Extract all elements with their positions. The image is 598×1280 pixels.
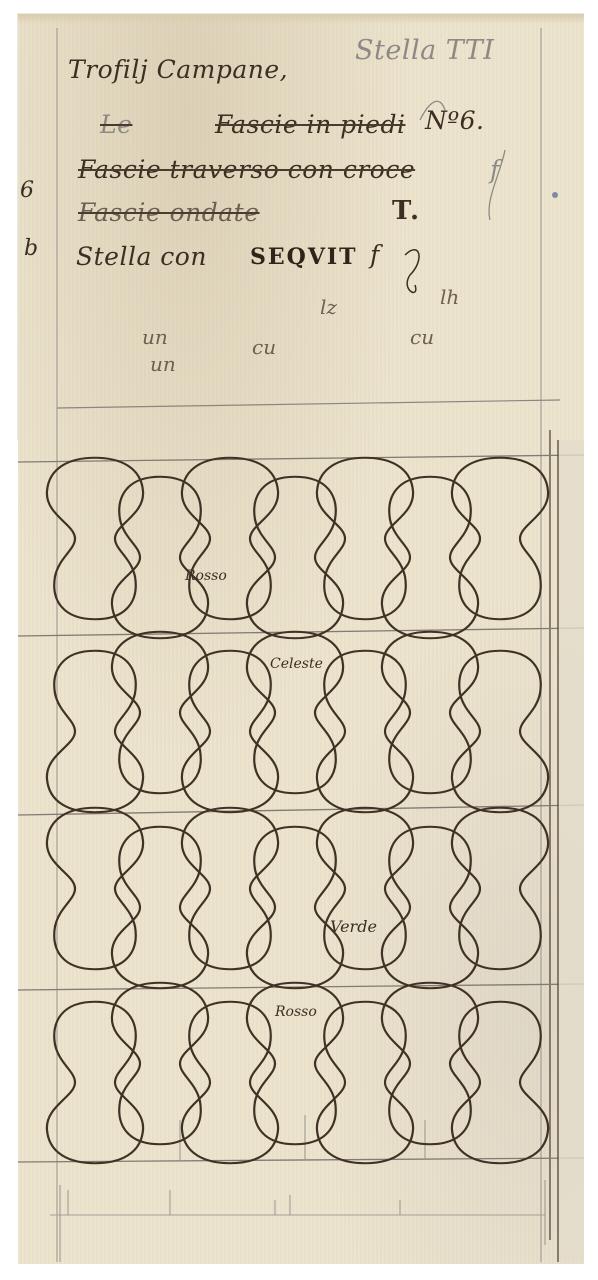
header-line-4: Fascie ondate xyxy=(78,198,260,227)
color-label-row-1: Rosso xyxy=(185,568,227,584)
header-line-3-mark: f xyxy=(490,155,500,184)
color-label-row-3: Verde xyxy=(330,917,377,936)
header-line-1: Trofilj Campane, xyxy=(68,55,288,84)
scribble-6: un xyxy=(150,352,176,376)
header-line-5-mark: f xyxy=(370,240,380,269)
header-line-4-mark: T. xyxy=(392,196,421,226)
header-line-2-suffix: Nº6. xyxy=(425,106,484,135)
catalog-mark: Stella TTI xyxy=(355,35,494,66)
header-line-5-caps: SEQVIT xyxy=(250,244,358,270)
color-label-row-4: Rosso xyxy=(275,1004,317,1020)
pattern-row-1 xyxy=(47,458,548,639)
header-line-5-prefix: Stella con xyxy=(76,242,207,271)
header-line-2-prefix: Le xyxy=(100,110,132,139)
header-line-2: Fascie in piedi xyxy=(215,110,405,139)
header-line-3: Fascie traverso con croce xyxy=(78,155,415,184)
scribble-1: un xyxy=(142,325,168,349)
pattern-drawing xyxy=(0,0,598,1280)
scribble-2: cu xyxy=(252,335,276,359)
margin-mark-6: 6 xyxy=(20,178,34,203)
scribble-3: lz xyxy=(320,295,337,319)
pattern-row-3 xyxy=(47,808,548,989)
scribble-5: cu xyxy=(410,325,434,349)
scribble-4: lh xyxy=(440,285,459,309)
color-label-row-2: Celeste xyxy=(270,656,323,672)
margin-mark-b: b xyxy=(24,236,38,261)
